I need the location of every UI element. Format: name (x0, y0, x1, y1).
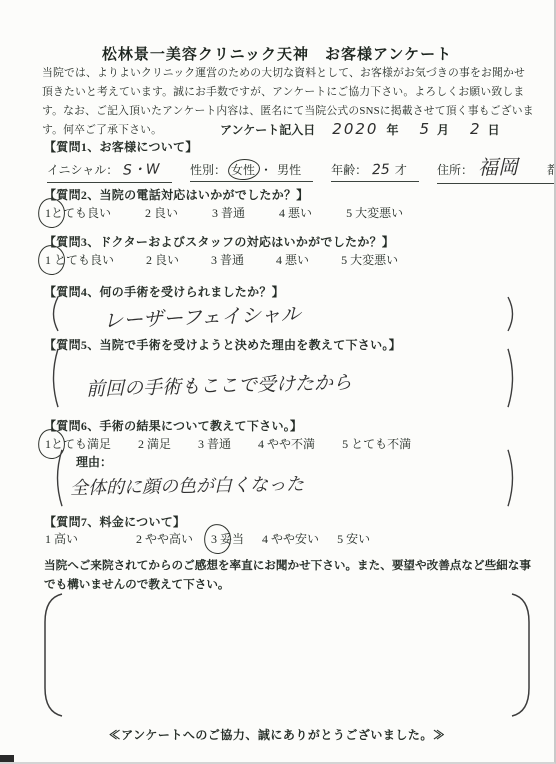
q7-option-2: 2 やや高い (136, 530, 193, 547)
answer-bracket-right-icon (506, 296, 518, 332)
answer-bracket-left-icon (48, 347, 60, 409)
question2-header: 【質問2、当院の電話対応はいかがでしたか？】 (44, 186, 309, 203)
page-title: 松林景一美容クリニック天神 お客様アンケート (0, 43, 554, 64)
question7-header: 【質問7、料金について】 (44, 513, 185, 530)
q2-option-1: 1とても良い (45, 204, 111, 221)
answer-bracket-right-icon (510, 592, 532, 718)
answer-bracket-right-icon (506, 448, 518, 508)
q7-option-3: 3 妥当 (211, 530, 244, 547)
gender-option-female: 女性 (231, 161, 255, 178)
survey-scan-page: 松林景一美容クリニック天神 お客様アンケート 当院では、よりよいクリニック運営の… (0, 0, 556, 764)
answer-bracket-right-icon (506, 347, 518, 409)
age-unit: 才 (395, 161, 407, 178)
q7-option-1: 1 高い (45, 530, 78, 547)
q7-option-4: 4 やや安い (262, 530, 319, 547)
question3-options: 1 とても良い 2 良い 3 普通 4 悪い 5 大変悪い (45, 251, 398, 268)
q2-option-5: 5 大変悪い (346, 204, 403, 221)
date-year-handwritten: 2020 (332, 120, 378, 138)
q2-option-2: 2 良い (145, 204, 178, 221)
question1-fields-row: イニシャル： S・W 性別： 女性 ・ 男性 年齢： 25 才 住所： 福岡 都… (47, 151, 556, 184)
gender-field: 性別： 女性 ・ 男性 (190, 161, 313, 182)
feedback-prompt: 当院へご来院されてからのご感想を率直にお聞かせ下さい。また、要望や改善点など些細… (44, 556, 534, 594)
q4-answer-handwritten: レーザーフェイシャル (103, 298, 302, 334)
q6-reason-label: 理由： (76, 453, 112, 470)
q3-option-3: 3 普通 (211, 251, 244, 268)
gender-separator: ・ (260, 161, 272, 178)
age-field: 年齢： 25 才 (331, 161, 419, 182)
initial-value-handwritten: S・W (123, 158, 160, 179)
date-day-handwritten: 2 (470, 120, 480, 138)
scan-edge-artifact (0, 755, 14, 762)
footer-thanks-text: ≪アンケートへのご協力、誠にありがとうございました。≫ (0, 726, 554, 743)
address-label: 住所： (437, 161, 473, 178)
question7-options: 1 高い 2 やや高い 3 妥当 4 やや安い 5 安い (45, 530, 370, 547)
address-field: 住所： 福岡 都道府県 (437, 151, 556, 184)
date-year-unit: 年 (386, 123, 398, 137)
feedback-answer-area (42, 592, 532, 718)
date-label: アンケート記入日 (220, 123, 315, 137)
question2-options: 1とても良い 2 良い 3 普通 4 悪い 5 大変悪い (45, 204, 403, 221)
q3-option-4: 4 悪い (276, 251, 309, 268)
question6-header: 【質問6、手術の結果について教えて下さい。】 (44, 417, 302, 434)
q2-option-3: 3 普通 (212, 204, 245, 221)
answer-bracket-left-icon (48, 296, 60, 332)
q2-option-4: 4 悪い (279, 204, 312, 221)
q3-option-5: 5 大変悪い (341, 251, 398, 268)
answer-bracket-left-icon (42, 592, 64, 718)
address-suffix: 都道府県 (547, 161, 556, 178)
initial-label: イニシャル： (47, 161, 118, 178)
q3-option-2: 2 良い (146, 251, 179, 268)
age-label: 年齢： (331, 161, 367, 178)
initial-field: イニシャル： S・W (47, 159, 172, 183)
address-value-handwritten: 福岡 (478, 151, 519, 181)
q6-reason-handwritten: 全体的に顔の色が白くなった (70, 470, 304, 500)
survey-date-line: アンケート記入日 2020 年 5 月 2 日 (220, 120, 500, 138)
date-month-unit: 月 (437, 123, 449, 137)
q7-option-5: 5 安い (337, 530, 370, 547)
gender-option-male: 男性 (277, 161, 301, 178)
q3-option-1: 1 とても良い (45, 251, 114, 268)
date-day-unit: 日 (488, 123, 500, 137)
date-month-handwritten: 5 (419, 120, 429, 138)
question3-header: 【質問3、ドクターおよびスタッフの対応はいかがでしたか？】 (44, 233, 394, 250)
question5-answer-area: 前回の手術もここで受けたから (48, 347, 518, 409)
question4-answer-area: レーザーフェイシャル (48, 296, 518, 332)
age-value-handwritten: 25 (372, 162, 390, 179)
question6-reason-area: 理由： 全体的に顔の色が白くなった (52, 448, 518, 508)
q5-answer-handwritten: 前回の手術もここで受けたから (86, 368, 353, 402)
gender-label: 性別： (190, 161, 226, 178)
answer-bracket-left-icon (52, 448, 64, 508)
